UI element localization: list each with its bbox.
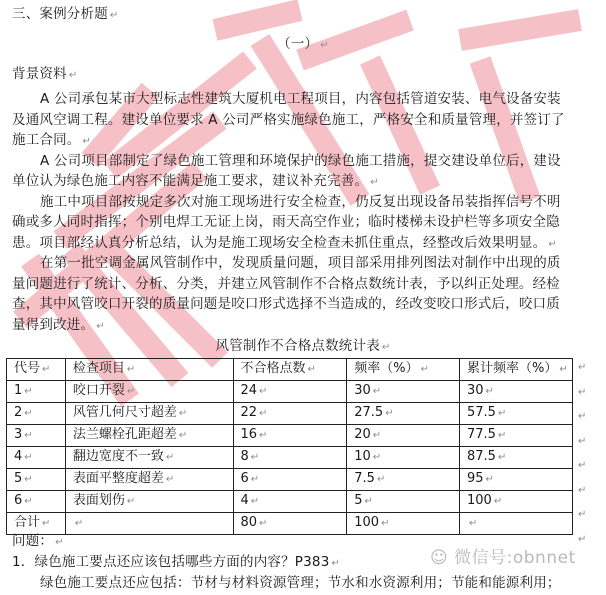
- table-cell: 2↵: [7, 403, 66, 425]
- table-cell: 风管几何尺寸超差↵: [65, 403, 233, 425]
- table-cell: 6↵: [233, 469, 347, 491]
- paragraph-line: 确或多人同时指挥；个别电焊工无证上岗，雨天高空作业；临时楼梯未设护栏等多项安全隐: [12, 212, 560, 232]
- table-header-cell: 检查项目↵: [65, 359, 233, 381]
- row-end-mark: ↵: [578, 411, 586, 422]
- row-end-mark: ↵: [578, 436, 586, 447]
- paragraph-line: 量得到改进。↵: [12, 315, 105, 337]
- table-row: 6↵表面划伤↵4↵5↵100↵: [7, 491, 573, 513]
- table-cell: 5↵: [7, 469, 66, 491]
- table-caption: 风管制作不合格点数统计表↵: [0, 336, 606, 358]
- paragraph-line: 患。项目部经认真分析总结，认为是施工现场安全检查未抓住重点，经整改后效果明显。↵: [12, 233, 557, 255]
- case-number: （一）↵: [0, 34, 606, 56]
- questions-label: 问题：↵: [12, 531, 64, 553]
- paragraph-line: A 公司项目部制定了绿色施工管理和环境保护的绿色施工措施，提交建设单位后，建设: [40, 151, 561, 171]
- table-cell: 24↵: [233, 381, 347, 403]
- row-end-mark: ↵: [578, 362, 586, 373]
- table-header-row: 代号↵检查项目↵不合格点数↵频率（%）↵累计频率（%）↵: [7, 359, 573, 381]
- row-end-mark: ↵: [578, 509, 586, 520]
- table-header-cell: 频率（%）↵: [347, 359, 460, 381]
- table-cell: 27.5↵: [347, 403, 460, 425]
- table-cell: 22↵: [233, 403, 347, 425]
- paragraph-line: 查，其中风管咬口开裂的质量问题是咬口形式选择不当造成的，经改变咬口形式后，咬口质: [12, 294, 560, 314]
- question-1: 1．绿色施工要点还应该包括哪些方面的内容？P383↵: [12, 552, 340, 574]
- table-cell: 87.5↵: [460, 447, 573, 469]
- table-cell: 77.5↵: [460, 425, 573, 447]
- document-page: 三、案例分析题↵ （一）↵ 背景资料↵ A 公司承包某市大型标志性建筑大厦机电工…: [0, 0, 606, 595]
- wechat-icon: ☺: [430, 548, 454, 568]
- table-row: 合计↵↵80↵100↵↵: [7, 513, 573, 535]
- wechat-watermark: ☺ 微信号:obnnet: [430, 543, 576, 568]
- table-cell: 5↵: [347, 491, 460, 513]
- table-header-cell: 不合格点数↵: [233, 359, 347, 381]
- table-cell: 20↵: [347, 425, 460, 447]
- row-end-mark: ↵: [578, 387, 586, 398]
- paragraph-line: 在第一批空调金属风管制作中，发现质量问题，项目部采用排列图法对制作中出现的质: [40, 253, 561, 273]
- table-cell: 4↵: [233, 491, 347, 513]
- defect-statistics-table: 代号↵检查项目↵不合格点数↵频率（%）↵累计频率（%）↵1↵咬口开裂↵24↵30…: [6, 358, 573, 535]
- table-cell: 4↵: [7, 447, 66, 469]
- table-cell: ↵: [65, 513, 233, 535]
- table-row: 5↵表面平整度超差↵6↵7.5↵95↵: [7, 469, 573, 491]
- answer-1: 绿色施工要点还应包括：节材与材料资源管理；节水和水资源利用；节能和能源利用；: [40, 573, 561, 593]
- paragraph-line: 施工中项目部按规定多次对施工现场进行安全检查，仍反复出现设备吊装指挥信号不明: [40, 192, 561, 212]
- table-cell: 57.5↵: [460, 403, 573, 425]
- table-cell: 100↵: [460, 491, 573, 513]
- table-cell: 30↵: [347, 381, 460, 403]
- table-cell: 表面平整度超差↵: [65, 469, 233, 491]
- table-row: 1↵咬口开裂↵24↵30↵30↵: [7, 381, 573, 403]
- table-cell: ↵: [460, 513, 573, 535]
- row-end-mark: ↵: [578, 534, 586, 545]
- table-row: 3↵法兰螺栓孔距超差↵16↵20↵77.5↵: [7, 425, 573, 447]
- table-header-cell: 累计频率（%）↵: [460, 359, 573, 381]
- row-end-mark: ↵: [578, 485, 586, 496]
- table-cell: 法兰螺栓孔距超差↵: [65, 425, 233, 447]
- paragraph-line: A 公司承包某市大型标志性建筑大厦机电工程项目，内容包括管道安装、电气设备安装: [40, 89, 561, 109]
- table-row: 4↵翻边宽度不一致↵8↵10↵87.5↵: [7, 447, 573, 469]
- table-cell: 1↵: [7, 381, 66, 403]
- table-cell: 10↵: [347, 447, 460, 469]
- paragraph-line: 单位认为绿色施工内容不能满足施工要求，建议补充完善。↵: [12, 171, 379, 193]
- table-cell: 翻边宽度不一致↵: [65, 447, 233, 469]
- table-cell: 6↵: [7, 491, 66, 513]
- table-cell: 咬口开裂↵: [65, 381, 233, 403]
- background-label: 背景资料↵: [12, 64, 77, 86]
- table-row: 2↵风管几何尺寸超差↵22↵27.5↵57.5↵: [7, 403, 573, 425]
- table-header-cell: 代号↵: [7, 359, 66, 381]
- paragraph-line: 量问题进行了统计、分析、分类，并建立风管制作不合格点数统计表，予以纠正处理。经检: [12, 274, 560, 294]
- table-cell: 95↵: [460, 469, 573, 491]
- table-cell: 80↵: [233, 513, 347, 535]
- section-title: 三、案例分析题↵: [12, 4, 119, 26]
- table-cell: 8↵: [233, 447, 347, 469]
- table-cell: 3↵: [7, 425, 66, 447]
- paragraph-line: 及通风空调工程。建设单位要求 A 公司严格实施绿色施工，严格安全和质量管理，并签…: [12, 110, 565, 130]
- table-cell: 100↵: [347, 513, 460, 535]
- table-cell: 16↵: [233, 425, 347, 447]
- table-cell: 表面划伤↵: [65, 491, 233, 513]
- table-cell: 7.5↵: [347, 469, 460, 491]
- table-cell: 30↵: [460, 381, 573, 403]
- paragraph-line: 施工合同。↵: [12, 130, 91, 152]
- row-end-mark: ↵: [578, 460, 586, 471]
